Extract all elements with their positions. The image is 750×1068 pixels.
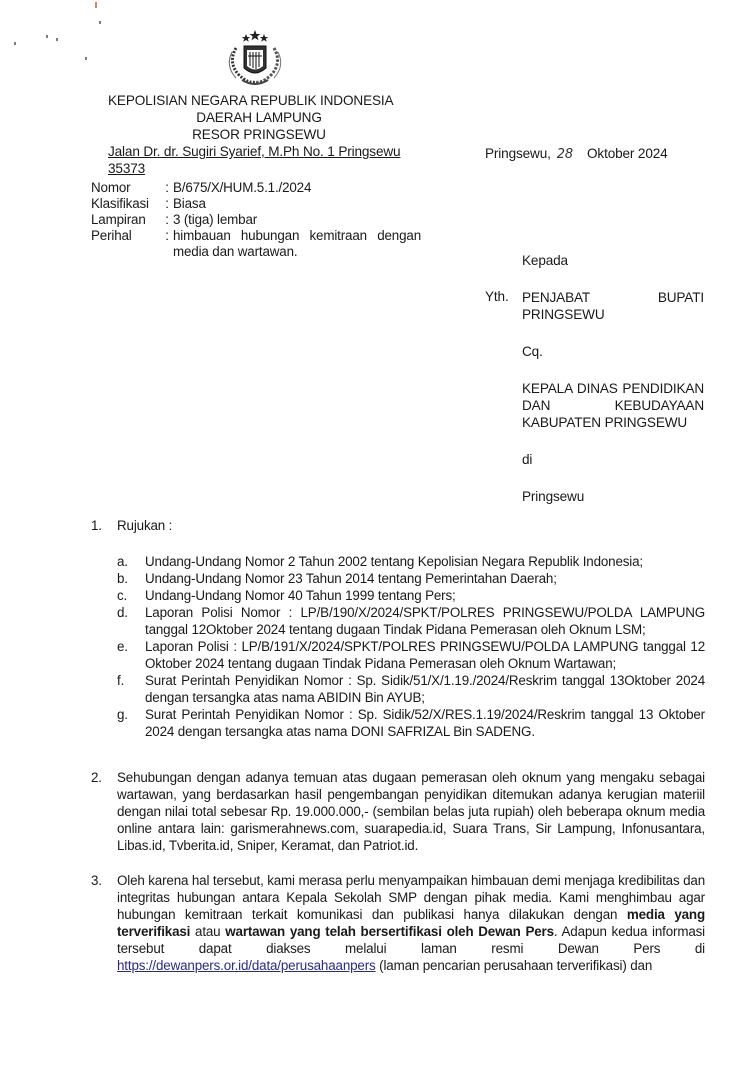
section-3: 3. Oleh karena hal tersebut, kami merasa… <box>91 872 705 974</box>
reference-text: Undang-Undang Nomor 40 Tahun 1999 tentan… <box>145 588 456 603</box>
meta-value: Biasa <box>173 196 421 212</box>
reference-text: Surat Perintah Penyidikan Nomor : Sp. Si… <box>145 673 705 705</box>
meta-sep: : <box>161 180 173 196</box>
meta-row-perihal: Perihal : himbauan hubungan kemitraan de… <box>91 228 421 260</box>
section-text: Sehubungan dengan adanya temuan atas dug… <box>117 769 705 854</box>
meta-key: Klasifikasi <box>91 196 161 212</box>
reference-list: a.Undang-Undang Nomor 2 Tahun 2002 tenta… <box>91 553 705 740</box>
recipient-line1: PENJABAT BUPATI <box>522 289 704 306</box>
scan-artifact <box>56 38 58 41</box>
perihal-line2: media dan wartawan. <box>173 244 421 260</box>
meta-value: himbauan hubungan kemitraan dengan media… <box>173 228 421 260</box>
meta-sep: : <box>161 196 173 212</box>
reference-label: c. <box>117 587 127 604</box>
reference-label: a. <box>117 553 128 570</box>
emphasis-certified-journalists: wartawan yang telah bersertifikasi oleh … <box>225 924 554 939</box>
reference-label: b. <box>117 570 128 587</box>
meta-sep: : <box>161 228 173 260</box>
dewan-pers-link[interactable]: https://dewanpers.or.id/data/perusahaanp… <box>117 958 376 973</box>
letter-body: 1. Rujukan : a.Undang-Undang Nomor 2 Tah… <box>91 517 705 974</box>
reference-item: e.Laporan Polisi : LP/B/191/X/2024/SPKT/… <box>117 638 705 672</box>
meta-key: Lampiran <box>91 212 161 228</box>
text: atau <box>190 924 225 939</box>
section-1: 1. Rujukan : a.Undang-Undang Nomor 2 Tah… <box>91 517 705 740</box>
reference-item: a.Undang-Undang Nomor 2 Tahun 2002 tenta… <box>117 553 705 570</box>
section-text: Oleh karena hal tersebut, kami merasa pe… <box>117 872 705 974</box>
polri-emblem-icon <box>222 28 288 90</box>
meta-row-lampiran: Lampiran : 3 (tiga) lembar <box>91 212 421 228</box>
reference-text: Undang-Undang Nomor 2 Tahun 2002 tentang… <box>145 554 643 569</box>
addressee-yth: Yth. <box>485 289 509 304</box>
addressee-kepada: Kepada <box>522 253 568 268</box>
date-place: Pringsewu, <box>485 146 551 161</box>
reference-item: b.Undang-Undang Nomor 23 Tahun 2014 tent… <box>117 570 705 587</box>
meta-row-nomor: Nomor : B/675/X/HUM.5.1./2024 <box>91 180 421 196</box>
letterhead-unit: RESOR PRINGSEWU <box>108 126 410 143</box>
letter-date: Pringsewu,28Oktober 2024 <box>485 146 668 162</box>
meta-value: B/675/X/HUM.5.1./2024 <box>173 180 421 196</box>
reference-label: e. <box>117 638 128 655</box>
text: (laman pencarian perusahaan terverifikas… <box>376 958 653 973</box>
scan-artifact <box>14 42 16 45</box>
reference-item: c.Undang-Undang Nomor 40 Tahun 1999 tent… <box>117 587 705 604</box>
perihal-line1: himbauan hubungan kemitraan dengan <box>173 228 421 244</box>
letterhead-region: DAERAH LAMPUNG <box>108 109 410 126</box>
meta-key: Perihal <box>91 228 161 260</box>
scan-artifact <box>99 21 101 24</box>
letterhead-address: Jalan Dr. dr. Sugiri Syarief, M.Ph No. 1… <box>108 143 410 177</box>
addressee-block: PENJABAT BUPATI PRINGSEWU Cq. KEPALA DIN… <box>522 289 704 505</box>
meta-row-klasifikasi: Klasifikasi : Biasa <box>91 196 421 212</box>
section-title: Rujukan : <box>117 517 705 534</box>
letterhead-institution: KEPOLISIAN NEGARA REPUBLIK INDONESIA <box>108 92 410 109</box>
office-line2: DAN KEBUDAYAAN <box>522 397 704 414</box>
reference-label: d. <box>117 604 128 621</box>
recipient-line2: PRINGSEWU <box>522 306 704 323</box>
reference-label: f. <box>117 672 124 689</box>
meta-value: 3 (tiga) lembar <box>173 212 421 228</box>
section-number: 3. <box>91 872 102 889</box>
meta-key: Nomor <box>91 180 161 196</box>
office-line3: KABUPATEN PRINGSEWU <box>522 414 704 431</box>
text: Oleh karena hal tersebut, kami merasa pe… <box>117 873 705 922</box>
addressee-city: Pringsewu <box>522 488 704 505</box>
addressee-di: di <box>522 451 704 468</box>
scan-artifact <box>85 57 87 60</box>
reference-label: g. <box>117 706 128 723</box>
section-2: 2. Sehubungan dengan adanya temuan atas … <box>91 769 705 854</box>
meta-sep: : <box>161 212 173 228</box>
letterhead: KEPOLISIAN NEGARA REPUBLIK INDONESIA DAE… <box>108 92 410 177</box>
letter-meta-table: Nomor : B/675/X/HUM.5.1./2024 Klasifikas… <box>91 180 421 260</box>
reference-text: Laporan Polisi Nomor : LP/B/190/X/2024/S… <box>145 605 705 637</box>
office-line1: KEPALA DINAS PENDIDIKAN <box>522 380 704 397</box>
date-day-handwritten: 28 <box>557 147 573 162</box>
reference-item: d.Laporan Polisi Nomor : LP/B/190/X/2024… <box>117 604 705 638</box>
section-number: 2. <box>91 769 102 786</box>
reference-item: g.Surat Perintah Penyidikan Nomor : Sp. … <box>117 706 705 740</box>
scan-artifact <box>46 35 48 38</box>
reference-text: Surat Perintah Penyidikan Nomor : Sp. Si… <box>145 707 705 739</box>
reference-text: Undang-Undang Nomor 23 Tahun 2014 tentan… <box>145 571 557 586</box>
addressee-cq: Cq. <box>522 343 704 360</box>
date-month-year: Oktober 2024 <box>587 146 668 161</box>
reference-text: Laporan Polisi : LP/B/191/X/2024/SPKT/PO… <box>145 639 705 671</box>
reference-item: f.Surat Perintah Penyidikan Nomor : Sp. … <box>117 672 705 706</box>
section-number: 1. <box>91 517 102 534</box>
scan-artifact <box>95 2 97 8</box>
